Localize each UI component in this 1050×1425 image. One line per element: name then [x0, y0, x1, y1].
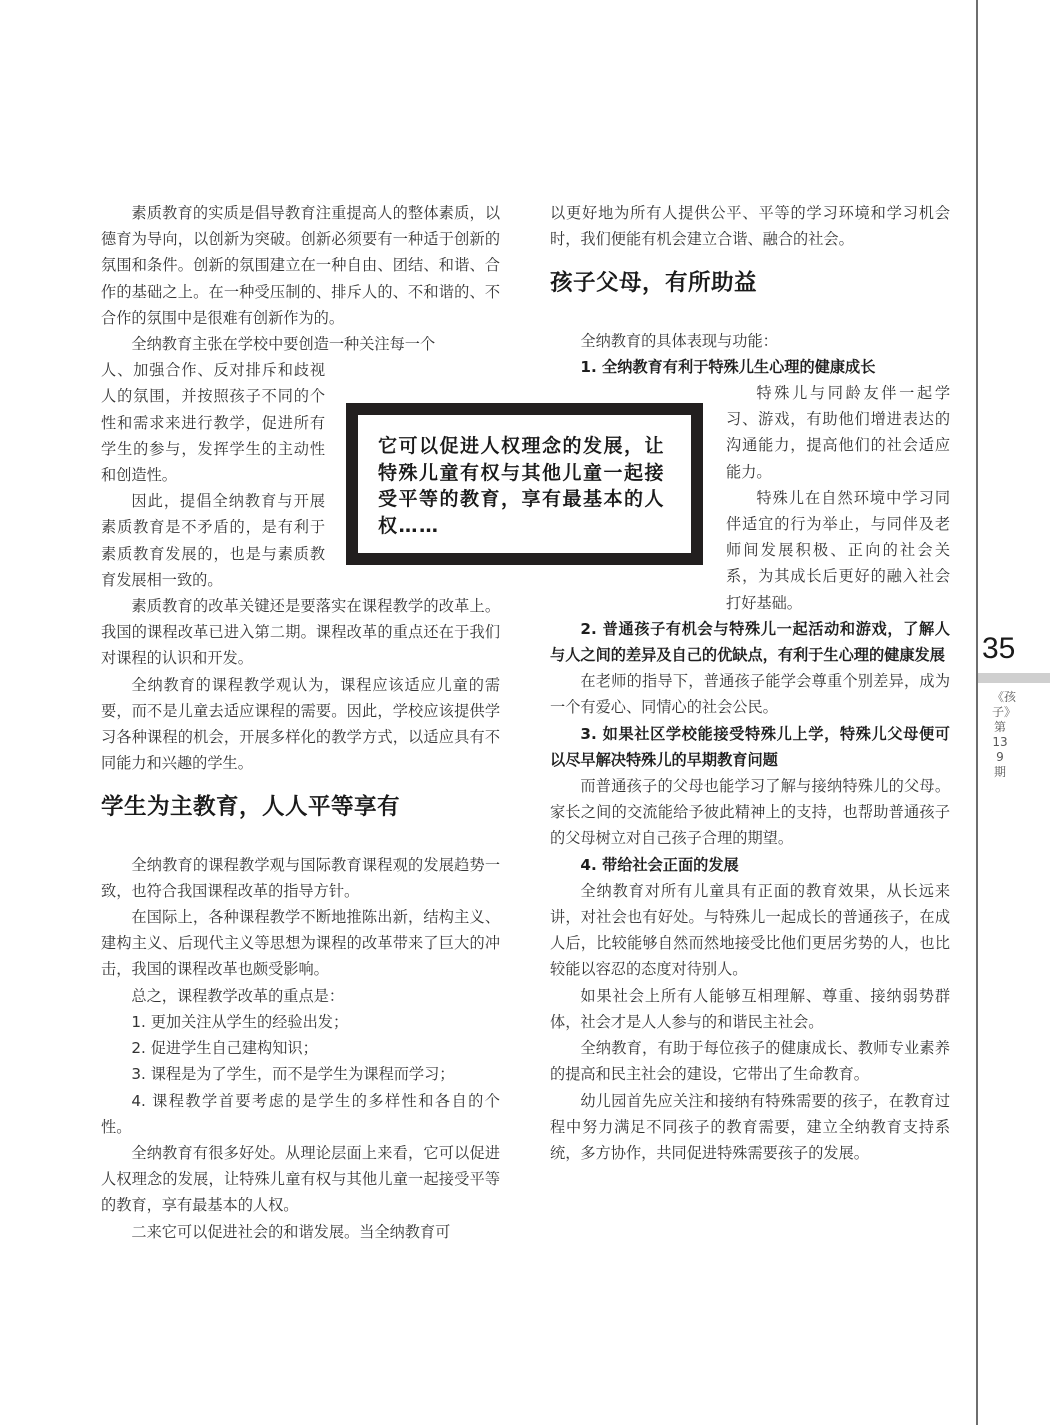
point-heading: 3. 如果社区学校能接受特殊儿上学，特殊儿父母便可以尽早解决特殊儿的早期教育问题 — [550, 721, 950, 773]
left-column: 素质教育的实质是倡导教育注重提高人的整体素质，以德育为导向，以创新为突破。创新必… — [101, 200, 500, 1245]
paragraph: 总之，课程教学改革的重点是： — [101, 983, 500, 1009]
section-heading: 学生为主教育，人人平等享有 — [101, 794, 500, 820]
paragraph: 全纳教育有很多好处。从理论层面上来看，它可以促进人权理念的发展，让特殊儿童有权与… — [101, 1140, 500, 1219]
section-heading: 孩子父母，有所助益 — [550, 270, 950, 296]
paragraph: 以更好地为所有人提供公平、平等的学习环境和学习机会时，我们便能有机会建立合谐、融… — [550, 200, 950, 252]
list-item: 2. 促进学生自己建构知识； — [101, 1035, 500, 1061]
paragraph: 在老师的指导下，普通孩子能学会尊重个别差异，成为一个有爱心、同情心的社会公民。 — [550, 668, 950, 720]
page-number: 35 — [982, 632, 1015, 666]
paragraph: 幼儿园首先应关注和接纳有特殊需要的孩子，在教育过程中努力满足不同孩子的教育需要，… — [550, 1088, 950, 1167]
paragraph: 素质教育的改革关键还是要落实在课程教学的改革上。我国的课程改革已进入第二期。课程… — [101, 593, 500, 672]
paragraph: 全纳教育的课程教学观与国际教育课程观的发展趋势一致，也符合我国课程改革的指导方针… — [101, 852, 500, 904]
list-item: 4. 课程教学首要考虑的是学生的多样性和各自的个性。 — [101, 1088, 500, 1140]
list-item: 1. 更加关注从学生的经验出发； — [101, 1009, 500, 1035]
point-heading: 1. 全纳教育有利于特殊儿生心理的健康成长 — [550, 354, 950, 380]
paragraph: 全纳教育的课程教学观认为，课程应该适应儿童的需要，而不是儿童去适应课程的需要。因… — [101, 672, 500, 777]
point-heading: 4. 带给社会正面的发展 — [550, 852, 950, 878]
paragraph: 全纳教育的具体表现与功能： — [550, 328, 950, 354]
margin-rule — [976, 0, 978, 1425]
paragraph: 如果社会上所有人能够互相理解、尊重、接纳弱势群体，社会才是人人参与的和谐民主社会… — [550, 983, 950, 1035]
paragraph: 全纳教育主张在学校中要创造一种关注每一个 — [101, 331, 500, 357]
paragraph: 特殊儿与同龄友伴一起学习、游戏，有助他们增进表达的沟通能力，提高他们的社会适应能… — [726, 380, 950, 485]
issue-label: 《孩子》第139期 — [992, 690, 1008, 780]
paragraph: 因此，提倡全纳教育与开展素质教育是不矛盾的，是有利于素质教育发展的，也是与素质教… — [101, 488, 325, 593]
list-item: 3. 课程是为了学生，而不是学生为课程而学习； — [101, 1061, 500, 1087]
paragraph: 二来它可以促进社会的和谐发展。当全纳教育可 — [101, 1219, 500, 1245]
point-heading: 2. 普通孩子有机会与特殊儿一起活动和游戏，了解人与人之间的差异及自己的优缺点，… — [550, 616, 950, 668]
paragraph: 特殊儿在自然环境中学习同伴适宜的行为举止，与同伴及老师间发展积极、正向的社会关系… — [726, 485, 950, 616]
paragraph: 人、加强合作、反对排斥和歧视人的氛围，并按照孩子不同的个性和需求来进行教学，促进… — [101, 357, 325, 488]
paragraph: 在国际上，各种课程教学不断地推陈出新，结构主义、建构主义、后现代主义等思想为课程… — [101, 904, 500, 983]
paragraph: 全纳教育，有助于每位孩子的健康成长、教师专业素养的提高和民主社会的建设，它带出了… — [550, 1035, 950, 1087]
right-column: 以更好地为所有人提供公平、平等的学习环境和学习机会时，我们便能有机会建立合谐、融… — [550, 200, 950, 1166]
paragraph: 素质教育的实质是倡导教育注重提高人的整体素质，以德育为导向，以创新为突破。创新必… — [101, 200, 500, 331]
paragraph: 而普通孩子的父母也能学习了解与接纳特殊儿的父母。家长之间的交流能给予彼此精神上的… — [550, 773, 950, 852]
magazine-page: 35 《孩子》第139期 素质教育的实质是倡导教育注重提高人的整体素质，以德育为… — [0, 0, 1050, 1425]
paragraph: 全纳教育对所有儿童具有正面的教育效果，从长远来讲，对社会也有好处。与特殊儿一起成… — [550, 878, 950, 983]
margin-band — [978, 673, 1050, 683]
